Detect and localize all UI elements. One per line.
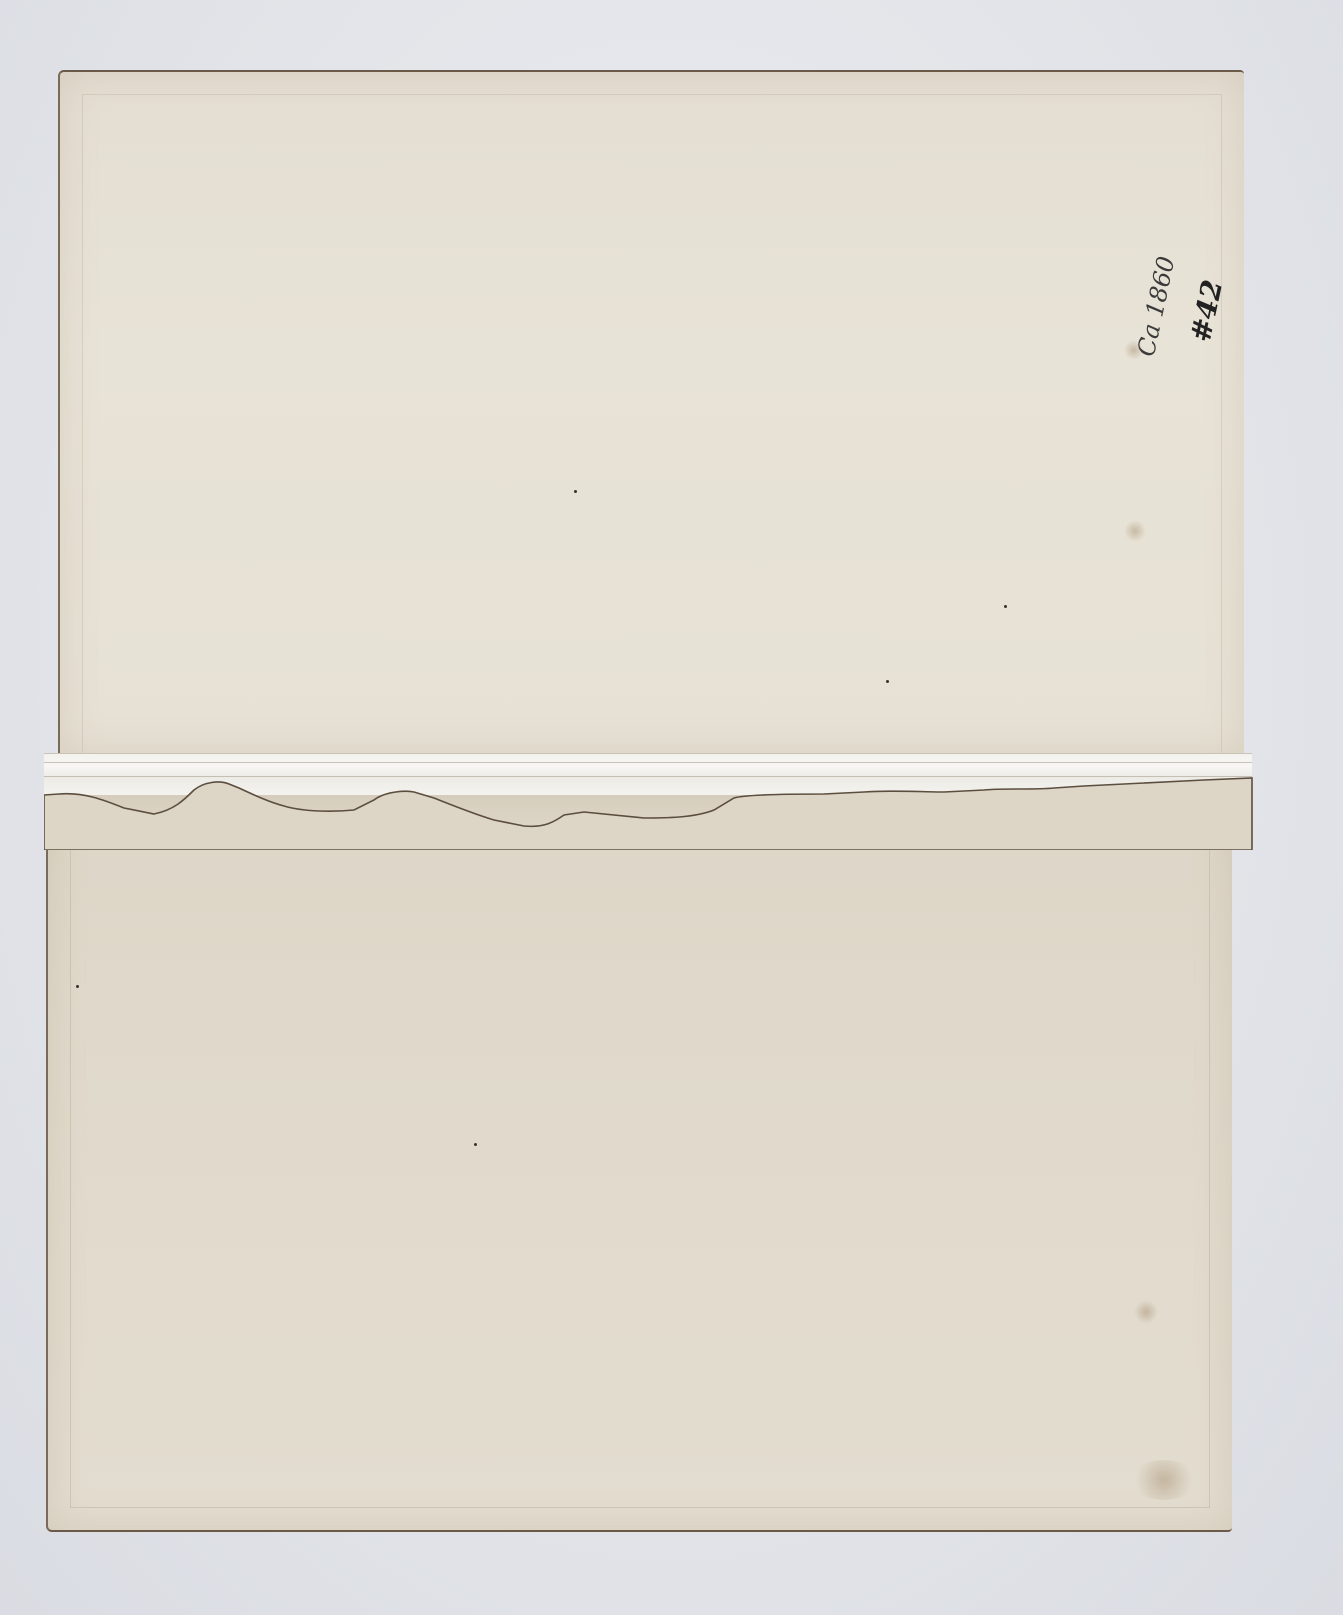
paper-bottom-panel (46, 795, 1232, 1532)
foxing-spot (1134, 1300, 1158, 1324)
paper-speck (1004, 605, 1007, 608)
fold-crease (44, 762, 1252, 763)
paper-speck (574, 490, 577, 493)
foxing-spot (1124, 520, 1146, 542)
paper-speck (886, 680, 889, 683)
embossed-frame-top (82, 94, 1222, 755)
paper-top-panel (58, 70, 1244, 755)
embossed-frame-bottom (70, 795, 1210, 1508)
torn-paper-edge (44, 770, 1254, 850)
paper-speck (474, 1143, 477, 1146)
paper-speck (76, 985, 79, 988)
foxing-spot (1129, 1460, 1199, 1500)
paper-sheet: Ca 1860 #42 (44, 70, 1254, 1530)
